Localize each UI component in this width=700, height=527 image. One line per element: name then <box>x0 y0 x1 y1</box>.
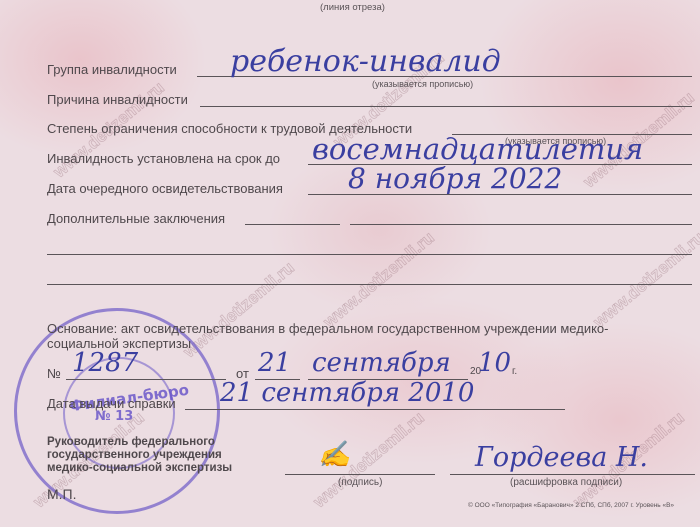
signature-value: ✍ <box>318 440 350 470</box>
term-value: восемнадцатилетия <box>312 132 643 166</box>
term-label: Инвалидность установлена на срок до <box>47 151 280 166</box>
group-label: Группа инвалидности <box>47 62 177 77</box>
year-suffix: г. <box>512 366 517 377</box>
additional-line-3 <box>47 254 692 255</box>
head-line-1: Руководитель федерального <box>47 436 215 449</box>
issue-label: Дата выдачи справки <box>47 396 176 411</box>
basis-line-1: Основание: акт освидетельствования в фед… <box>47 321 608 336</box>
head-line-2: государственного учреждения <box>47 449 222 462</box>
printer-footer: © ООО «Типография «Баранович» 2 СПб, СПб… <box>468 502 674 509</box>
group-hint: (указывается прописью) <box>372 79 473 89</box>
act-day: 21 <box>258 348 291 378</box>
additional-line-1 <box>245 224 340 225</box>
decode-hint: (расшифровка подписи) <box>510 477 622 488</box>
number-prefix: № <box>47 366 61 381</box>
cut-line-label: (линия отреза) <box>320 2 385 13</box>
watermark: www.detizemli.ru <box>590 228 700 332</box>
act-year: 10 <box>478 348 511 378</box>
act-number: 1287 <box>72 348 138 378</box>
decode-value: Гордеева Н. <box>475 442 648 473</box>
decode-line <box>450 474 695 475</box>
signature-hint: (подпись) <box>338 477 382 488</box>
stamp-branch-number: № 13 <box>95 409 133 424</box>
signature-line <box>285 474 435 475</box>
next-exam-label: Дата очередного освидетельствования <box>47 181 283 196</box>
group-value: ребенок-инвалид <box>230 44 501 79</box>
watermark: www.detizemli.ru <box>320 228 439 332</box>
number-line <box>66 379 226 380</box>
additional-label: Дополнительные заключения <box>47 211 225 226</box>
next-exam-value: 8 ноября 2022 <box>348 162 562 195</box>
reason-line <box>200 106 692 107</box>
seal-label: М.П. <box>47 486 77 502</box>
issue-value: 21 сентября 2010 <box>220 378 474 408</box>
additional-line-4 <box>47 284 692 285</box>
additional-line-2 <box>350 224 692 225</box>
head-line-3: медико-социальной экспертизы <box>47 462 232 475</box>
issue-line <box>185 409 565 410</box>
reason-label: Причина инвалидности <box>47 92 188 107</box>
act-month: сентября <box>312 348 451 378</box>
